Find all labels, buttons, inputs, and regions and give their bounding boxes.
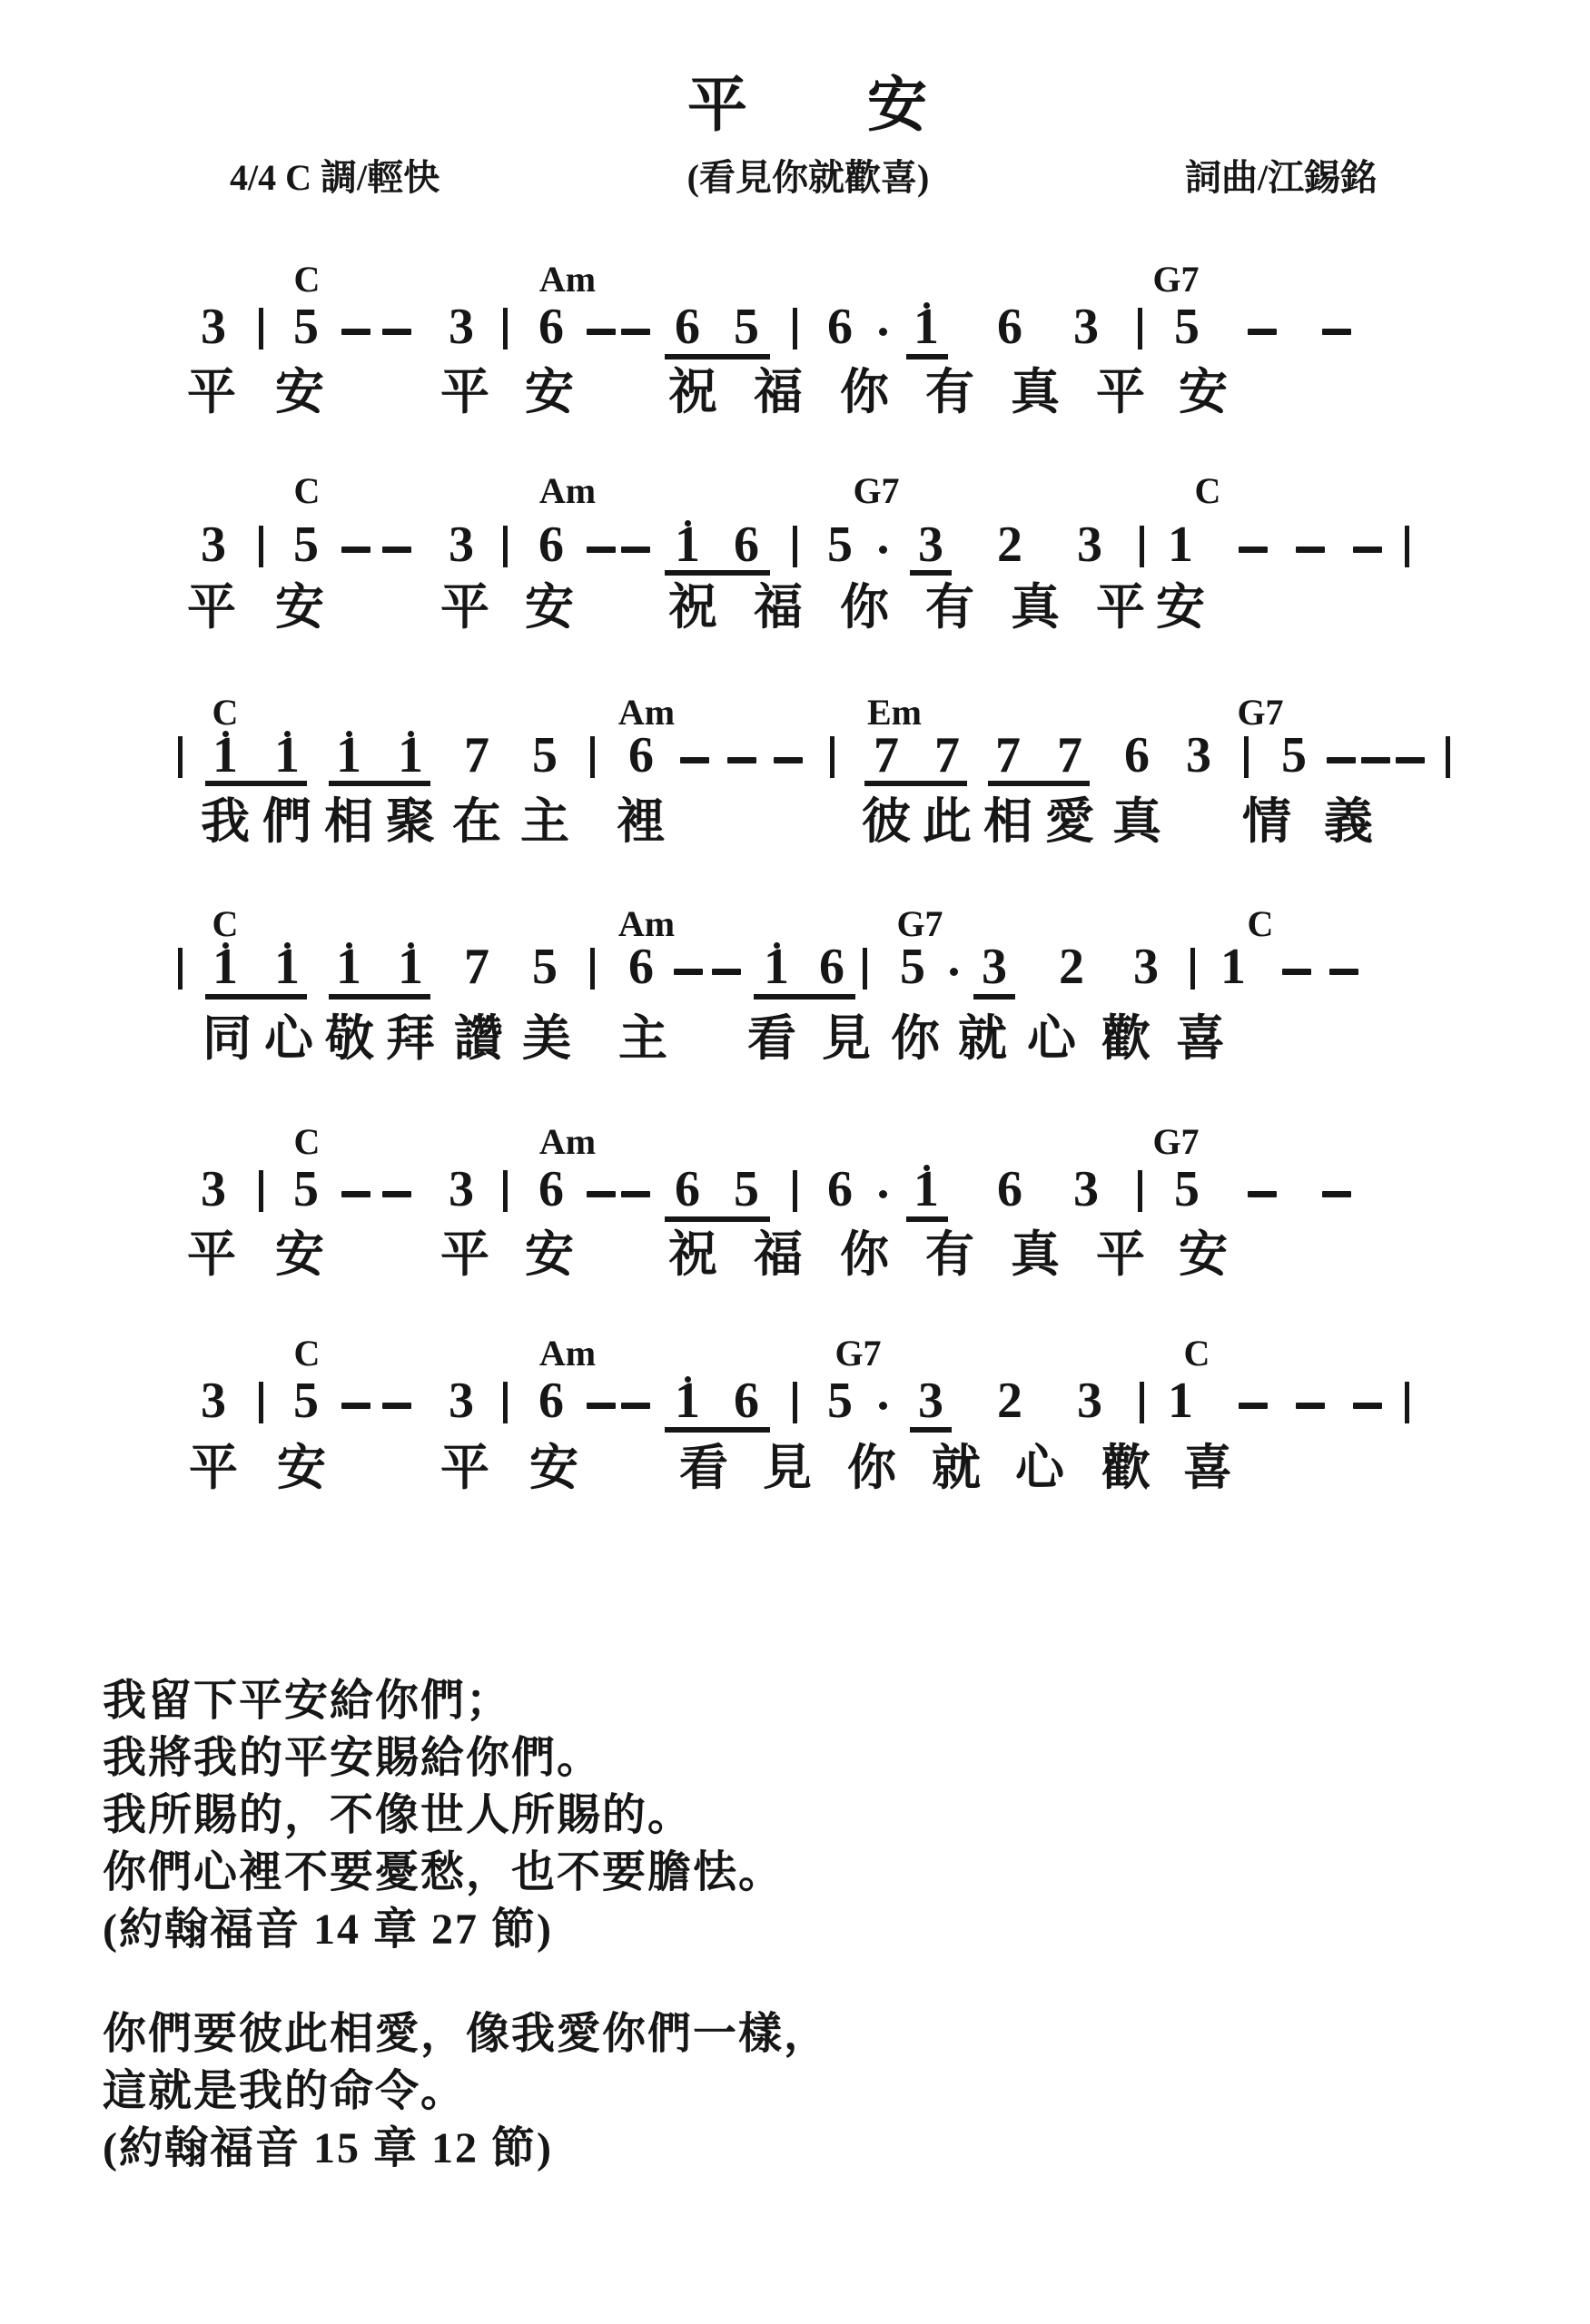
lyric-char: 安 xyxy=(275,368,324,417)
chord-label: Am xyxy=(618,906,675,942)
duration-dash xyxy=(1296,1403,1325,1409)
chord-label: Em xyxy=(867,694,922,731)
note-digit: 5 xyxy=(293,1164,319,1215)
octave-dot xyxy=(346,942,352,949)
barline xyxy=(1446,736,1450,778)
dotted-note-dot xyxy=(879,546,887,554)
lyric-char: 安 xyxy=(1179,1230,1228,1279)
note-digit: 3 xyxy=(1077,1375,1102,1426)
lyric-char: 此 xyxy=(923,797,972,846)
title-char: 安 xyxy=(867,76,927,136)
lyric-char: 看 xyxy=(679,1443,728,1492)
note-digit: 5 xyxy=(532,941,558,992)
barline xyxy=(1190,948,1195,990)
note-digit: 1 xyxy=(675,1375,700,1426)
duration-dash xyxy=(1396,757,1425,763)
lyric-char: 祝 xyxy=(668,583,717,632)
lyric-char: 敬 xyxy=(325,1014,374,1063)
duration-dash xyxy=(712,969,741,975)
note-digit: 6 xyxy=(628,730,654,781)
note-digit: 1 xyxy=(764,941,789,992)
duration-dash xyxy=(1361,757,1390,763)
lyric-char: 真 xyxy=(1011,1230,1060,1279)
lyric-char: 安 xyxy=(275,583,324,632)
note-digit: 1 xyxy=(274,730,300,781)
duration-dash xyxy=(587,1191,616,1197)
lyric-char: 安 xyxy=(275,1230,324,1279)
eighth-note-beam xyxy=(910,570,952,576)
lyric-char: 看 xyxy=(747,1014,796,1063)
scripture-line: (約翰福音 15 章 12 節) xyxy=(103,2122,553,2175)
barline xyxy=(259,526,263,567)
duration-dash xyxy=(621,1191,650,1197)
barline xyxy=(793,1170,797,1212)
note-digit: 2 xyxy=(1059,941,1084,992)
lyric-char: 福 xyxy=(754,1230,803,1279)
note-digit: 3 xyxy=(449,1375,474,1426)
chord-label: C xyxy=(1195,473,1221,509)
note-digit: 1 xyxy=(1220,941,1246,992)
note-digit: 1 xyxy=(336,941,361,992)
note-digit: 3 xyxy=(918,519,943,570)
note-digit: 3 xyxy=(201,1164,226,1215)
note-digit: 6 xyxy=(734,519,759,570)
note-digit: 6 xyxy=(1124,730,1150,781)
duration-dash xyxy=(774,757,803,763)
octave-dot xyxy=(923,302,930,309)
eighth-note-beam xyxy=(973,994,1015,1000)
note-digit: 1 xyxy=(1168,1375,1193,1426)
lyric-char: 平 xyxy=(1096,368,1145,417)
duration-dash xyxy=(382,547,411,553)
barline xyxy=(590,736,595,778)
scripture-line: 我留下平安給你們； xyxy=(103,1675,511,1728)
duration-dash xyxy=(621,1403,650,1409)
barline xyxy=(1138,308,1142,350)
note-digit: 6 xyxy=(675,301,700,352)
lyric-char: 你 xyxy=(840,1230,889,1279)
lyric-char: 安 xyxy=(525,583,574,632)
octave-dot xyxy=(222,942,229,949)
note-digit: 1 xyxy=(398,941,423,992)
chord-label: G7 xyxy=(853,473,899,509)
dotted-note-dot xyxy=(879,328,887,336)
barline xyxy=(590,948,595,990)
lyric-char: 安 xyxy=(1156,583,1205,632)
meter-key-tempo: 4/4 C 調/輕快 xyxy=(230,160,439,196)
lyric-char: 愛 xyxy=(1045,797,1094,846)
octave-dot xyxy=(774,942,780,949)
dotted-note-dot xyxy=(950,968,958,976)
octave-dot xyxy=(346,731,352,737)
eighth-note-beam xyxy=(910,1427,952,1433)
lyric-char: 平 xyxy=(440,583,489,632)
note-digit: 3 xyxy=(201,1375,226,1426)
lyric-char: 情 xyxy=(1242,797,1291,846)
barline xyxy=(503,1382,508,1423)
octave-dot xyxy=(284,731,291,737)
song-subtitle: (看見你就歡喜) xyxy=(687,160,930,196)
barline xyxy=(793,526,797,567)
duration-dash xyxy=(341,329,370,335)
eighth-note-beam xyxy=(665,570,770,576)
dotted-note-dot xyxy=(879,1190,887,1198)
lyric-char: 平 xyxy=(187,1230,236,1279)
note-digit: 6 xyxy=(819,941,844,992)
note-digit: 3 xyxy=(201,519,226,570)
duration-dash xyxy=(1322,1191,1351,1197)
barline xyxy=(503,526,508,567)
lyric-char: 真 xyxy=(1011,368,1060,417)
duration-dash xyxy=(1296,547,1325,553)
chord-label: C xyxy=(294,1124,321,1160)
lyric-char: 心 xyxy=(1015,1443,1064,1492)
duration-dash xyxy=(341,1403,370,1409)
note-digit: 5 xyxy=(734,301,759,352)
note-digit: 5 xyxy=(900,941,925,992)
eighth-note-beam xyxy=(906,354,948,359)
title-char: 平 xyxy=(687,76,747,136)
scripture-line: 你們要彼此相愛，像我愛你們一樣， xyxy=(103,2008,829,2061)
barline xyxy=(1405,526,1409,567)
lyric-char: 美 xyxy=(522,1014,571,1063)
note-digit: 1 xyxy=(1168,519,1193,570)
barline xyxy=(793,1382,797,1423)
octave-dot xyxy=(408,942,414,949)
note-digit: 6 xyxy=(734,1375,759,1426)
lyric-char: 心 xyxy=(1027,1014,1076,1063)
lyric-char: 安 xyxy=(529,1443,578,1492)
note-digit: 5 xyxy=(1174,1164,1200,1215)
note-digit: 1 xyxy=(398,730,423,781)
chord-label: C xyxy=(294,473,321,509)
duration-dash xyxy=(1353,547,1382,553)
lyric-char: 們 xyxy=(262,797,311,846)
barline xyxy=(793,308,797,350)
chord-label: C xyxy=(1184,1335,1210,1372)
lyric-char: 喜 xyxy=(1176,1014,1225,1063)
eighth-note-beam xyxy=(329,994,430,1000)
lyric-char: 平 xyxy=(187,583,236,632)
eighth-note-beam xyxy=(665,1427,770,1433)
sheet-page: 4/4 C 調/輕快 (看見你就歡喜) 詞曲/江錫銘 平安 CAmG735366… xyxy=(0,0,1590,2324)
note-digit: 2 xyxy=(997,1375,1022,1426)
note-digit: 3 xyxy=(1073,301,1099,352)
note-digit: 6 xyxy=(827,1164,853,1215)
note-digit: 6 xyxy=(538,1375,564,1426)
note-digit: 3 xyxy=(449,519,474,570)
chord-label: Am xyxy=(618,694,675,731)
lyric-char: 見 xyxy=(763,1443,812,1492)
lyric-char: 義 xyxy=(1324,797,1373,846)
note-digit: 3 xyxy=(1133,941,1159,992)
note-digit: 6 xyxy=(827,301,853,352)
note-digit: 6 xyxy=(997,301,1022,352)
eighth-note-beam xyxy=(864,781,967,786)
octave-dot xyxy=(222,731,229,737)
lyric-char: 有 xyxy=(925,583,974,632)
note-digit: 6 xyxy=(675,1164,700,1215)
barline xyxy=(1405,1382,1409,1423)
eighth-note-beam xyxy=(906,1216,948,1222)
lyric-char: 真 xyxy=(1011,583,1060,632)
chord-label: C xyxy=(1248,906,1274,942)
note-digit: 7 xyxy=(995,730,1021,781)
scripture-line: 我所賜的，不像世人所賜的。 xyxy=(103,1789,693,1842)
duration-dash xyxy=(1353,1403,1382,1409)
lyric-char: 安 xyxy=(525,368,574,417)
lyric-char: 有 xyxy=(925,368,974,417)
lyric-char: 福 xyxy=(754,583,803,632)
barline xyxy=(503,308,508,350)
duration-dash xyxy=(341,1191,370,1197)
note-digit: 5 xyxy=(1174,301,1200,352)
lyric-char: 平 xyxy=(1096,583,1145,632)
chord-label: Am xyxy=(539,1124,596,1160)
duration-dash xyxy=(621,329,650,335)
barline xyxy=(1138,1170,1142,1212)
note-digit: 1 xyxy=(914,301,939,352)
lyric-char: 裡 xyxy=(617,797,666,846)
lyric-char: 有 xyxy=(925,1230,974,1279)
note-digit: 5 xyxy=(827,1375,853,1426)
lyric-char: 拜 xyxy=(386,1014,435,1063)
note-digit: 7 xyxy=(1057,730,1082,781)
dotted-note-dot xyxy=(879,1402,887,1410)
lyric-char: 你 xyxy=(840,368,889,417)
lyric-char: 平 xyxy=(440,1443,489,1492)
lyric-char: 我 xyxy=(201,797,250,846)
duration-dash xyxy=(1248,329,1277,335)
note-digit: 3 xyxy=(1077,519,1102,570)
duration-dash xyxy=(587,547,616,553)
lyric-char: 彼 xyxy=(862,797,911,846)
chord-label: C xyxy=(294,261,321,298)
duration-dash xyxy=(382,1403,411,1409)
barline xyxy=(503,1170,508,1212)
duration-dash xyxy=(587,1403,616,1409)
chord-label: G7 xyxy=(1152,1124,1199,1160)
note-digit: 1 xyxy=(336,730,361,781)
chord-label: C xyxy=(212,906,239,942)
note-digit: 1 xyxy=(212,730,238,781)
chord-label: G7 xyxy=(835,1335,881,1372)
octave-dot xyxy=(923,1165,930,1171)
note-digit: 2 xyxy=(997,519,1022,570)
scripture-line: 這就是我的命令。 xyxy=(103,2065,466,2118)
note-digit: 5 xyxy=(1281,730,1307,781)
note-digit: 7 xyxy=(874,730,899,781)
note-digit: 1 xyxy=(212,941,238,992)
lyric-char: 主 xyxy=(520,797,569,846)
eighth-note-beam xyxy=(754,994,855,1000)
note-digit: 5 xyxy=(827,519,853,570)
barline xyxy=(1244,736,1249,778)
duration-dash xyxy=(1327,757,1356,763)
note-digit: 6 xyxy=(997,1164,1022,1215)
lyric-char: 安 xyxy=(1179,368,1228,417)
lyric-char: 主 xyxy=(618,1014,667,1063)
note-digit: 5 xyxy=(293,301,319,352)
octave-dot xyxy=(685,1376,691,1383)
lyric-char: 就 xyxy=(932,1443,981,1492)
lyric-char: 見 xyxy=(822,1014,871,1063)
eighth-note-beam xyxy=(329,781,430,786)
lyric-char: 讚 xyxy=(454,1014,503,1063)
note-digit: 7 xyxy=(464,730,489,781)
duration-dash xyxy=(1329,969,1358,975)
chord-label: Am xyxy=(539,261,596,298)
duration-dash xyxy=(674,969,703,975)
duration-dash xyxy=(341,547,370,553)
barline xyxy=(259,1382,263,1423)
chord-label: C xyxy=(212,694,239,731)
chord-label: Am xyxy=(539,473,596,509)
barline xyxy=(1140,1382,1144,1423)
duration-dash xyxy=(382,1191,411,1197)
duration-dash xyxy=(1248,1191,1277,1197)
note-digit: 6 xyxy=(538,1164,564,1215)
note-digit: 6 xyxy=(538,519,564,570)
octave-dot xyxy=(685,520,691,527)
lyric-char: 安 xyxy=(525,1230,574,1279)
chord-label: G7 xyxy=(1152,261,1199,298)
lyric-char: 就 xyxy=(958,1014,1007,1063)
note-digit: 6 xyxy=(538,301,564,352)
note-digit: 3 xyxy=(1073,1164,1099,1215)
octave-dot xyxy=(408,731,414,737)
lyric-char: 平 xyxy=(440,1230,489,1279)
lyric-char: 相 xyxy=(324,797,373,846)
chord-label: G7 xyxy=(1237,694,1283,731)
note-digit: 5 xyxy=(734,1164,759,1215)
barline xyxy=(178,948,183,990)
barline xyxy=(863,948,867,990)
chord-label: G7 xyxy=(896,906,943,942)
eighth-note-beam xyxy=(665,1216,770,1222)
note-digit: 7 xyxy=(464,941,489,992)
octave-dot xyxy=(284,942,291,949)
lyric-char: 平 xyxy=(1096,1230,1145,1279)
barline xyxy=(1140,526,1144,567)
lyric-char: 祝 xyxy=(668,1230,717,1279)
lyric-char: 你 xyxy=(840,583,889,632)
lyric-char: 平 xyxy=(187,368,236,417)
duration-dash xyxy=(727,757,756,763)
lyric-char: 福 xyxy=(754,368,803,417)
duration-dash xyxy=(1239,547,1268,553)
eighth-note-beam xyxy=(205,994,307,1000)
note-digit: 5 xyxy=(532,730,558,781)
lyric-char: 安 xyxy=(277,1443,326,1492)
barline xyxy=(259,1170,263,1212)
scripture-line: (約翰福音 14 章 27 節) xyxy=(103,1904,553,1956)
duration-dash xyxy=(1282,969,1311,975)
barline xyxy=(178,736,183,778)
eighth-note-beam xyxy=(665,354,770,359)
note-digit: 5 xyxy=(293,519,319,570)
note-digit: 1 xyxy=(675,519,700,570)
lyric-char: 真 xyxy=(1112,797,1161,846)
note-digit: 3 xyxy=(449,301,474,352)
composer-credit: 詞曲/江錫銘 xyxy=(1185,160,1377,196)
scripture-line: 你們心裡不要憂愁，也不要膽怯。 xyxy=(103,1846,784,1899)
note-digit: 1 xyxy=(914,1164,939,1215)
lyric-char: 心 xyxy=(264,1014,313,1063)
chord-label: Am xyxy=(539,1335,596,1372)
barline xyxy=(830,736,835,778)
duration-dash xyxy=(680,757,709,763)
lyric-char: 相 xyxy=(983,797,1032,846)
note-digit: 3 xyxy=(918,1375,943,1426)
scripture-line: 我將我的平安賜給你們。 xyxy=(103,1732,602,1785)
note-digit: 3 xyxy=(449,1164,474,1215)
lyric-char: 歡 xyxy=(1101,1443,1151,1492)
note-digit: 5 xyxy=(293,1375,319,1426)
note-digit: 3 xyxy=(982,941,1007,992)
lyric-char: 聚 xyxy=(386,797,435,846)
duration-dash xyxy=(621,547,650,553)
note-digit: 6 xyxy=(628,941,654,992)
lyric-char: 你 xyxy=(891,1014,940,1063)
chord-label: C xyxy=(294,1335,321,1372)
note-digit: 1 xyxy=(274,941,300,992)
lyric-char: 在 xyxy=(452,797,501,846)
lyric-char: 同 xyxy=(202,1014,252,1063)
lyric-char: 平 xyxy=(440,368,489,417)
lyric-char: 喜 xyxy=(1183,1443,1232,1492)
lyric-char: 平 xyxy=(189,1443,238,1492)
note-digit: 7 xyxy=(934,730,960,781)
duration-dash xyxy=(587,329,616,335)
barline xyxy=(259,308,263,350)
note-digit: 3 xyxy=(1186,730,1211,781)
eighth-note-beam xyxy=(988,781,1090,786)
duration-dash xyxy=(382,329,411,335)
note-digit: 3 xyxy=(201,301,226,352)
duration-dash xyxy=(1322,329,1351,335)
lyric-char: 祝 xyxy=(668,368,717,417)
duration-dash xyxy=(1239,1403,1268,1409)
lyric-char: 你 xyxy=(847,1443,896,1492)
eighth-note-beam xyxy=(205,781,307,786)
lyric-char: 歡 xyxy=(1101,1014,1151,1063)
